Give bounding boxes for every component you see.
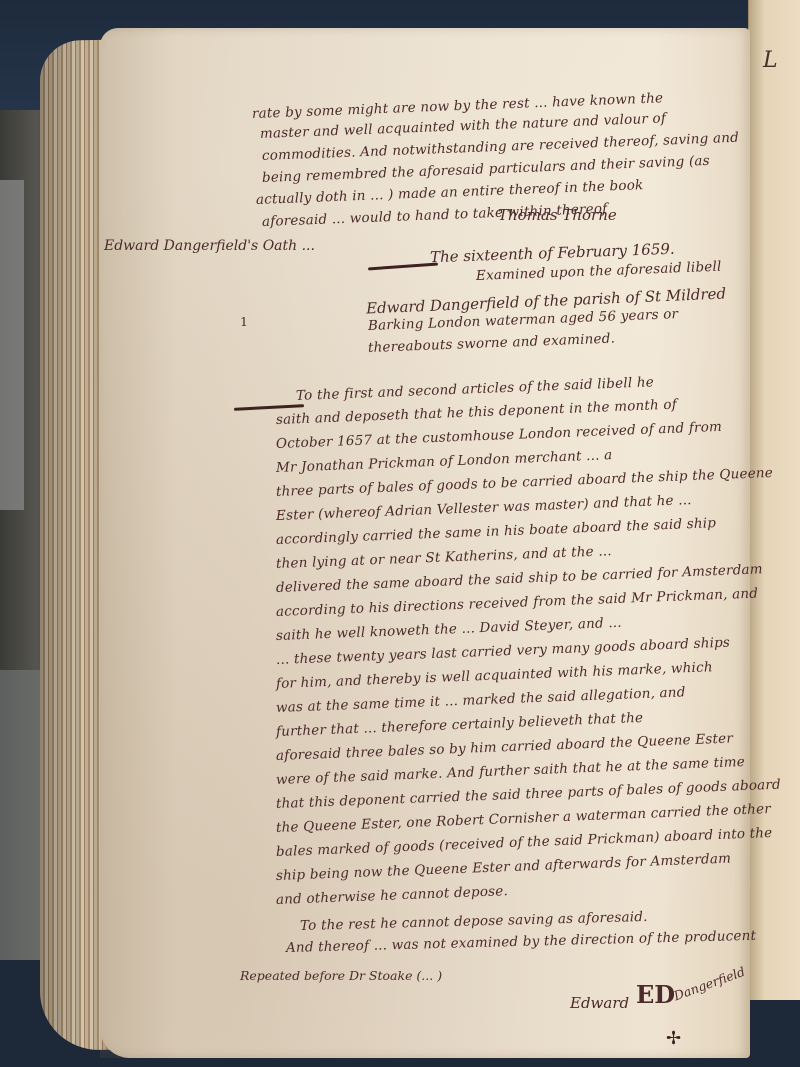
manuscript-page: rate by some might are now by the rest .… <box>100 28 750 1058</box>
left-margin-number: 1 <box>240 314 248 329</box>
deponent-mark: ED <box>636 980 675 1009</box>
repeated-before-note: Repeated before Dr Stoake (... ) <box>240 968 442 983</box>
cloth-fold <box>0 180 24 510</box>
left-margin-note: Edward Dangerfield's Oath ... <box>104 238 315 254</box>
paper-stain <box>100 28 750 1058</box>
ink-blot-mark: ✢ <box>666 1028 681 1049</box>
thomas-thorne-signature: Thomas Thorne <box>498 206 617 224</box>
facing-page: L <box>748 0 800 1000</box>
facing-page-mark: L <box>763 48 778 73</box>
deponent-first-name: Edward <box>570 994 629 1012</box>
